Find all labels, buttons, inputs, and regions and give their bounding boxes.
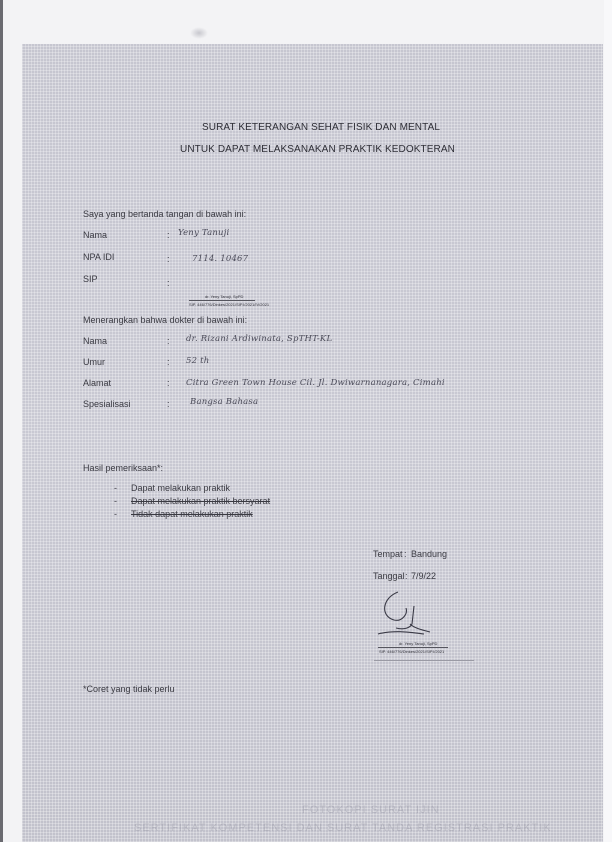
doctor-age-sep: :: [167, 357, 170, 367]
scan-edge-right: [604, 0, 612, 842]
signer-name-value: Yeny Tanuji: [178, 228, 229, 238]
scan-smudge: [190, 27, 208, 39]
faint-footer-line-1: FOTOKOPI SURAT IJIN: [302, 804, 440, 816]
signer-npa-sep: :: [167, 254, 170, 264]
signature-stamp-name: dr. Yeny Tanuji, SpPD: [399, 641, 437, 646]
doctor-name-value: dr. Rizani Ardiwinata, SpTHT-KL: [186, 334, 332, 344]
faint-footer-line-2: SERTIFIKAT KOMPETENSI DAN SURAT TANDA RE…: [134, 822, 552, 834]
signer-npa-label: NPA IDI: [83, 252, 114, 262]
signature-stamp-rule: [378, 647, 448, 648]
place-value: Bandung: [411, 549, 447, 559]
result-bullet-2: -: [114, 496, 117, 506]
doctor-address-sep: :: [167, 378, 170, 388]
doctor-specialty-sep: :: [167, 399, 170, 409]
signer-name-sep: :: [167, 230, 170, 240]
document-sheet: SURAT KETERANGAN SEHAT FISIK DAN MENTAL …: [22, 44, 603, 842]
signature-icon: [374, 584, 454, 644]
intro-text: Saya yang bertanda tangan di bawah ini:: [83, 209, 246, 219]
signer-stamp-rule: [189, 300, 255, 301]
place-sep: :: [404, 549, 407, 559]
doctor-address-label: Alamat: [83, 378, 111, 388]
doctor-specialty-value: Bangsa Bahasa: [190, 397, 258, 407]
date-sep: :: [405, 571, 408, 581]
signer-sip-sep: :: [167, 278, 170, 288]
doctor-age-label: Umur: [83, 357, 105, 367]
result-heading: Hasil pemeriksaan*:: [83, 463, 163, 473]
result-bullet-1: -: [114, 483, 117, 493]
result-option-practice: Dapat melakukan praktik: [131, 483, 230, 493]
title-line-2: UNTUK DAPAT MELAKSANAKAN PRAKTIK KEDOKTE…: [180, 144, 455, 155]
doctor-name-sep: :: [167, 336, 170, 346]
result-option-not-practice: Tidak dapat melakukan praktik: [131, 509, 253, 519]
result-option-conditional: Dapat melakukan praktik bersyarat: [131, 496, 270, 506]
doctor-name-label: Nama: [83, 336, 107, 346]
title-line-1: SURAT KETERANGAN SEHAT FISIK DAN MENTAL: [202, 122, 440, 133]
date-value: 7/9/22: [411, 571, 436, 581]
signature-stamp-sip: SIP. 446/776/Dinkes/2021/SIP.I/2021: [379, 649, 444, 654]
footnote: *Coret yang tidak perlu: [83, 684, 175, 694]
signer-name-label: Nama: [83, 230, 107, 240]
signer-sip-label: SIP: [83, 274, 98, 284]
scan-edge-left: [0, 0, 3, 842]
doctor-address-value: Citra Green Town House Cil. Jl. Dwiwarna…: [186, 378, 445, 388]
date-label: Tanggal: [373, 571, 405, 581]
doctor-age-value: 52 th: [186, 356, 209, 366]
statement-text: Menerangkan bahwa dokter di bawah ini:: [83, 315, 247, 325]
signature-line: [374, 660, 474, 661]
place-label: Tempat: [373, 549, 403, 559]
signer-stamp-sip: SIP. 446/776/Dinkes/2021/SIP.I/2021/IV/2…: [189, 302, 269, 307]
signer-npa-value: 7114. 10467: [192, 254, 248, 264]
signer-stamp-name: dr. Yeny Tanuji, SpPD: [205, 294, 243, 299]
result-bullet-3: -: [114, 509, 117, 519]
doctor-specialty-label: Spesialisasi: [83, 399, 131, 409]
